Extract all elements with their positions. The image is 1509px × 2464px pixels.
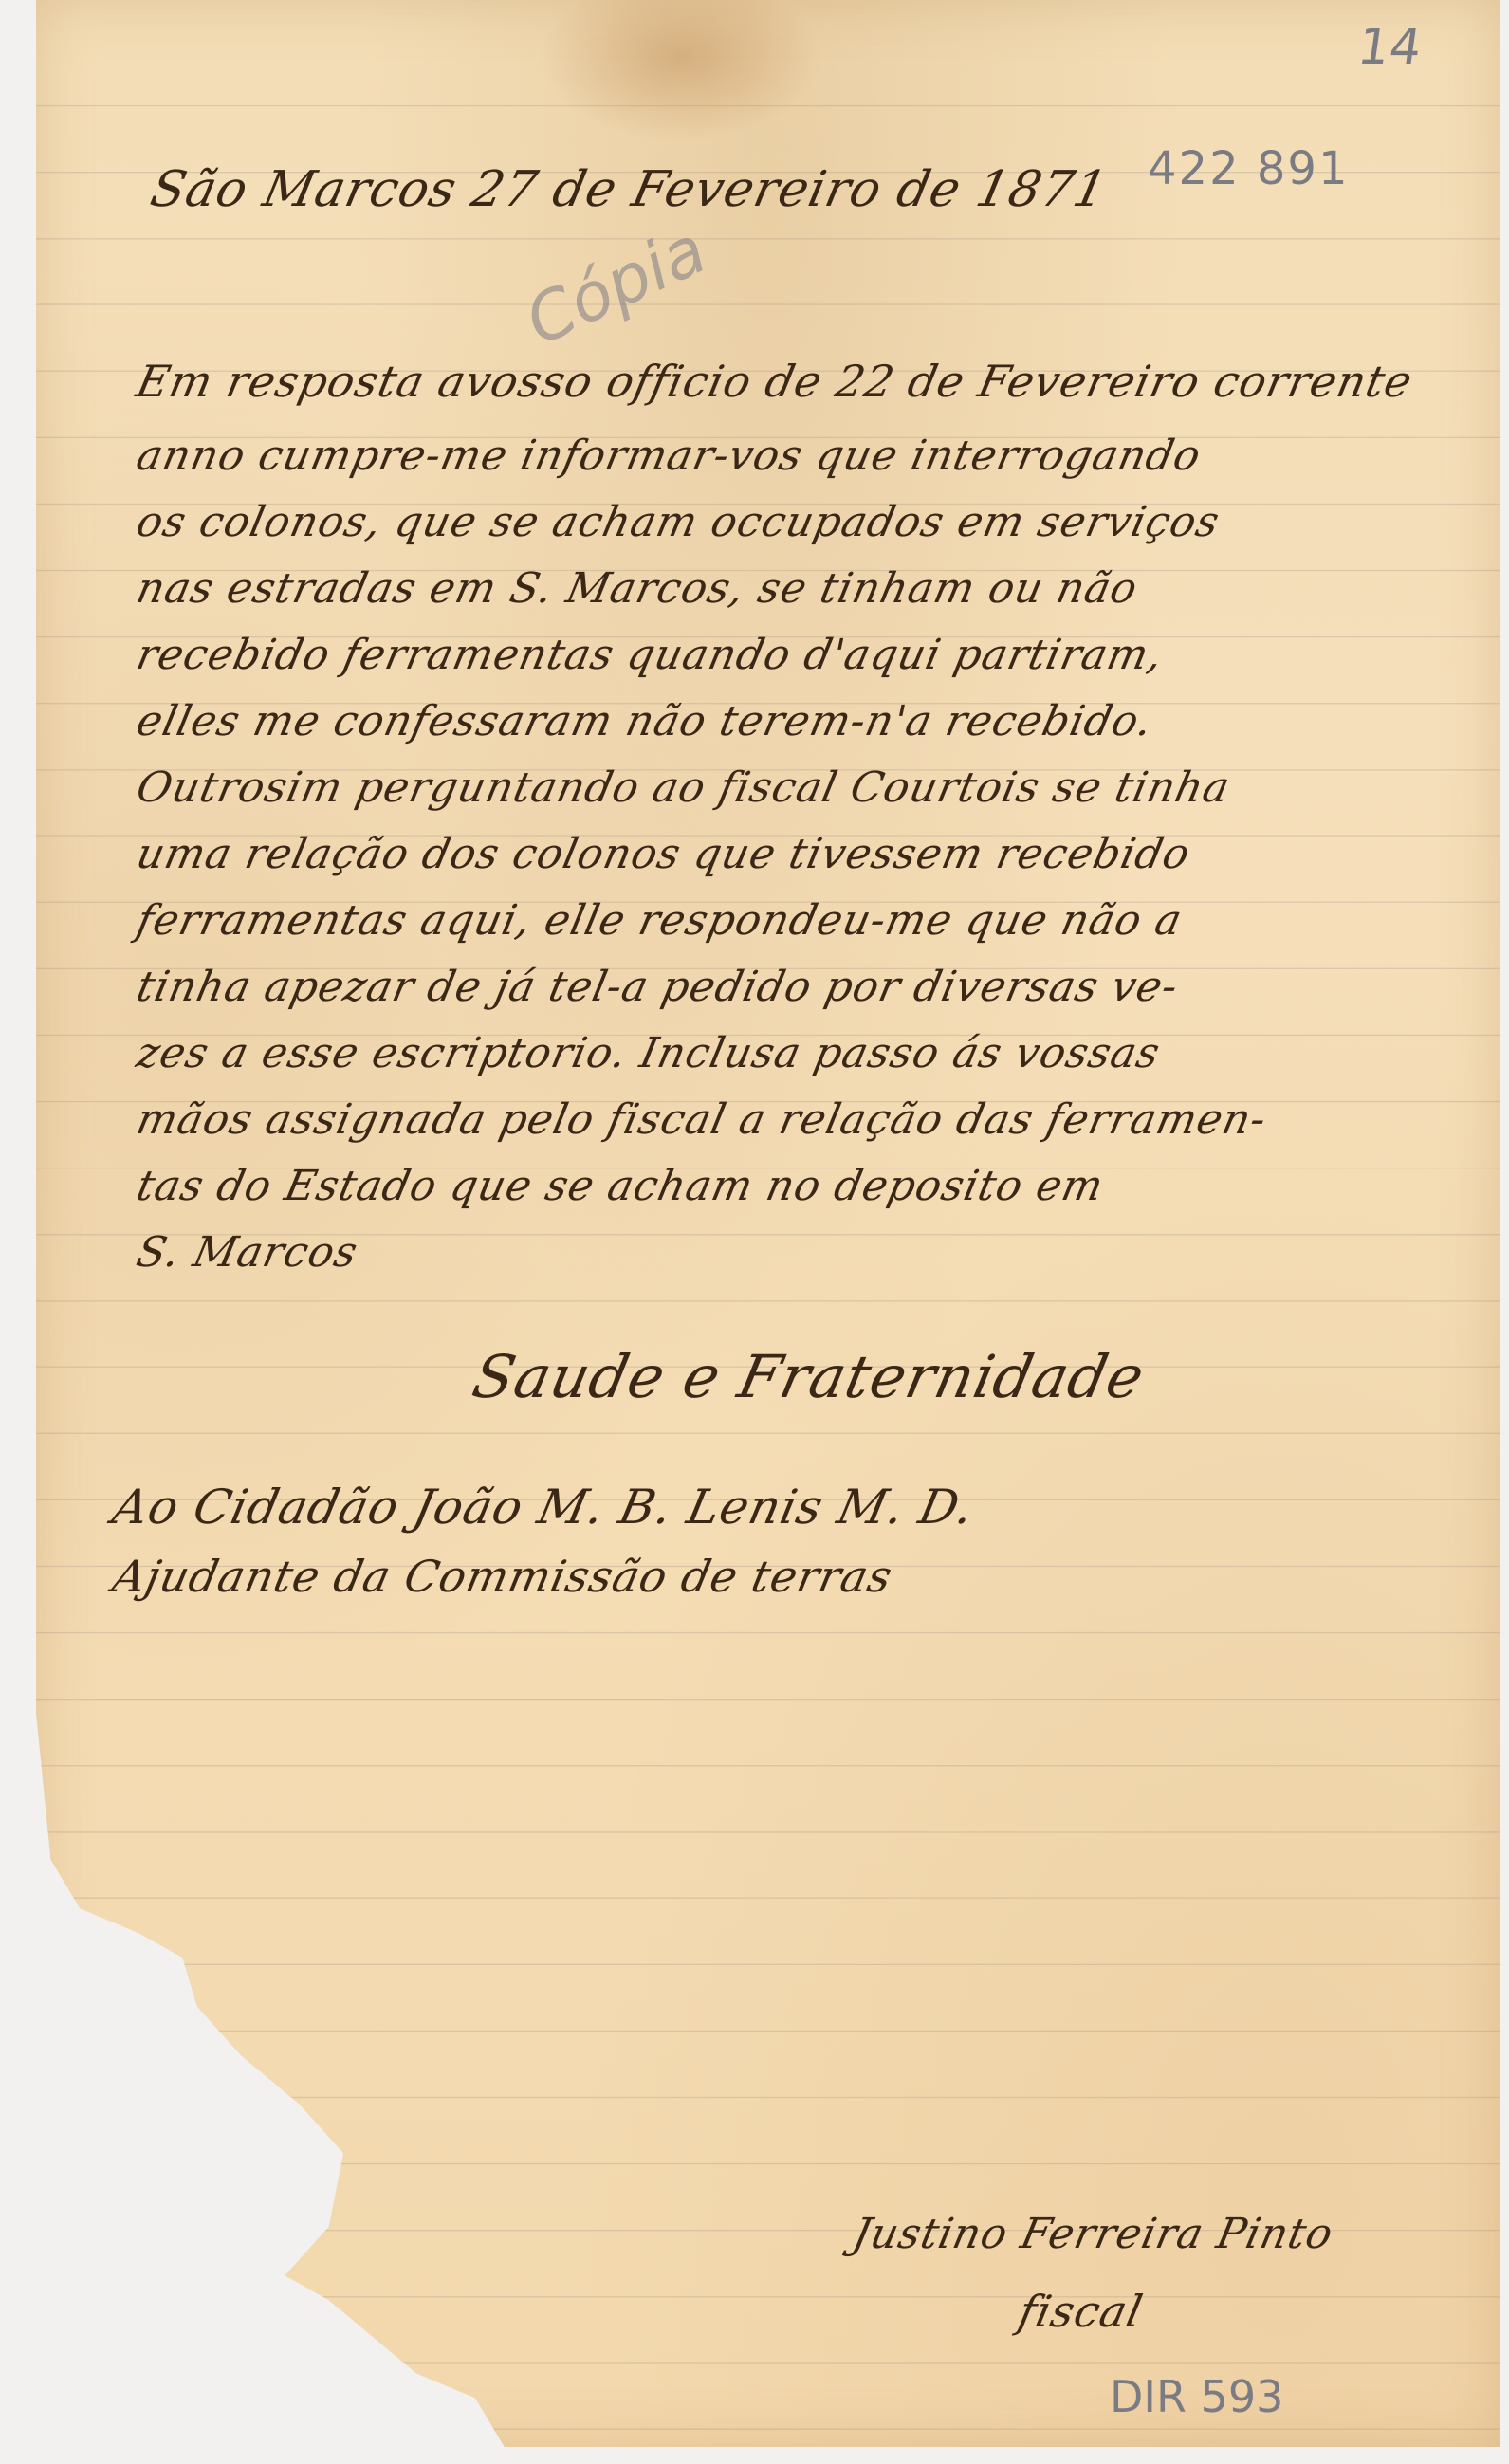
body-line-4: nas estradas em S. Marcos, se tinham ou … bbox=[133, 564, 1143, 613]
reference-code: DIR 593 bbox=[1110, 2371, 1283, 2422]
body-line-12: mãos assignada pelo fiscal a relação das… bbox=[133, 1095, 1272, 1144]
addressee-line-2: Ajudante da Commissão de terras bbox=[108, 1551, 897, 1602]
body-line-6: elles me confessaram não terem-n'a receb… bbox=[133, 697, 1157, 745]
catalog-number: 422 891 bbox=[1148, 142, 1350, 195]
body-line-2: anno cumpre-me informar-vos que interrog… bbox=[133, 432, 1205, 480]
body-line-5: recebido ferramentas quando d'aqui parti… bbox=[133, 631, 1169, 679]
signature-name: Justino Ferreira Pinto bbox=[849, 2210, 1338, 2258]
folio-number: 14 bbox=[1354, 19, 1426, 76]
body-line-3: os colonos, que se acham occupados em se… bbox=[133, 498, 1224, 546]
place-date: São Marcos 27 de Fevereiro de 1871 bbox=[146, 161, 1113, 218]
body-line-9: ferramentas aqui, elle respondeu-me que … bbox=[133, 896, 1187, 945]
body-line-13: tas do Estado que se acham no deposito e… bbox=[133, 1162, 1109, 1210]
body-line-7: Outrosim perguntando ao fiscal Courtois … bbox=[133, 763, 1235, 812]
body-line-1: Em resposta avosso officio de 22 de Feve… bbox=[132, 356, 1417, 407]
signature-title: fiscal bbox=[1014, 2286, 1148, 2337]
water-stain bbox=[539, 0, 823, 142]
addressee-line-1: Ao Cidadão João M. B. Lenis M. D. bbox=[108, 1480, 980, 1535]
closing-salutation: Saude e Fraternidade bbox=[467, 1342, 1150, 1411]
body-line-10: tinha apezar de já tel-a pedido por dive… bbox=[133, 963, 1183, 1011]
body-line-11: zes a esse escriptorio. Inclusa passo ás… bbox=[133, 1029, 1165, 1077]
body-line-14: S. Marcos bbox=[133, 1228, 362, 1277]
body-line-8: uma relação dos colonos que tivessem rec… bbox=[133, 830, 1195, 878]
